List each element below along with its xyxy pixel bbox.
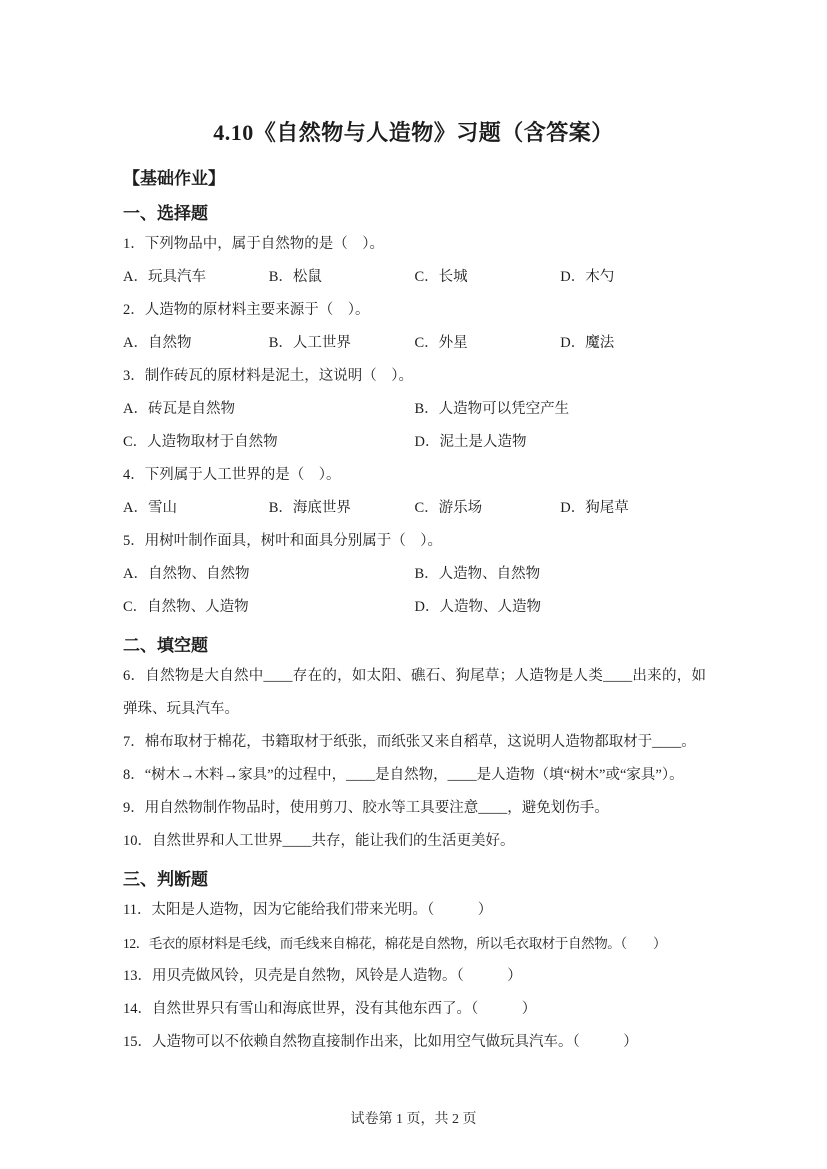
section-heading-fill-blank: 二、填空题 <box>123 624 706 660</box>
page-footer: 试卷第 1 页，共 2 页 <box>0 1110 827 1130</box>
question-1-options: A．玩具汽车 B．松鼠 C．长城 D．木勺 <box>123 261 706 294</box>
page-title: 4.10《自然物与人造物》习题（含答案） <box>0 0 827 148</box>
option-a: A．自然物、自然物 <box>123 558 415 591</box>
option-a: A．砖瓦是自然物 <box>123 393 415 426</box>
option-c: C．游乐场 <box>415 492 561 525</box>
question-7-text: 7．棉布取材于棉花，书籍取材于纸张，而纸张又来自稻草，这说明人造物都取材于___… <box>123 726 706 759</box>
option-b: B．海底世界 <box>269 492 415 525</box>
section-heading-choice: 一、选择题 <box>123 192 706 228</box>
question-11-text: 11．太阳是人造物，因为它能给我们带来光明。（ ） <box>123 894 706 927</box>
worksheet-content: 【基础作业】 一、选择题 1．下列物品中，属于自然物的是（ ）。 A．玩具汽车 … <box>0 148 827 1059</box>
option-d: D．人造物、人造物 <box>415 591 707 624</box>
question-2-options: A．自然物 B．人工世界 C．外星 D．魔法 <box>123 327 706 360</box>
option-c: C．人造物取材于自然物 <box>123 426 415 459</box>
question-5-text: 5．用树叶制作面具，树叶和面具分别属于（ ）。 <box>123 525 706 558</box>
question-5-options: A．自然物、自然物 B．人造物、自然物 C．自然物、人造物 D．人造物、人造物 <box>123 558 706 624</box>
question-2-text: 2．人造物的原材料主要来源于（ ）。 <box>123 294 706 327</box>
option-c: C．外星 <box>415 327 561 360</box>
question-13-text: 13．用贝壳做风铃，贝壳是自然物，风铃是人造物。（ ） <box>123 960 706 993</box>
question-14-text: 14．自然世界只有雪山和海底世界，没有其他东西了。（ ） <box>123 993 706 1026</box>
option-b: B．人造物、自然物 <box>415 558 707 591</box>
option-b: B．人工世界 <box>269 327 415 360</box>
option-d: D．狗尾草 <box>560 492 706 525</box>
option-c: C．长城 <box>415 261 561 294</box>
option-b: B．人造物可以凭空产生 <box>415 393 707 426</box>
question-8-text: 8．“树木→木料→家具”的过程中，____是自然物，____是人造物（填“树木”… <box>123 759 706 792</box>
question-12-text: 12．毛衣的原材料是毛线，而毛线来自棉花，棉花是自然物，所以毛衣取材于自然物。（… <box>123 927 706 960</box>
question-15-text: 15．人造物可以不依赖自然物直接制作出来，比如用空气做玩具汽车。（ ） <box>123 1026 706 1059</box>
option-c: C．自然物、人造物 <box>123 591 415 624</box>
question-3-text: 3．制作砖瓦的原材料是泥土，这说明（ ）。 <box>123 360 706 393</box>
option-b: B．松鼠 <box>269 261 415 294</box>
option-d: D．木勺 <box>560 261 706 294</box>
question-4-options: A．雪山 B．海底世界 C．游乐场 D．狗尾草 <box>123 492 706 525</box>
question-10-text: 10．自然世界和人工世界____共存，能让我们的生活更美好。 <box>123 825 706 858</box>
question-6-text: 6．自然物是大自然中____存在的，如太阳、礁石、狗尾草；人造物是人类____出… <box>123 660 706 726</box>
option-d: D．泥土是人造物 <box>415 426 707 459</box>
worksheet-page: 4.10《自然物与人造物》习题（含答案） 【基础作业】 一、选择题 1．下列物品… <box>0 0 827 1169</box>
question-9-text: 9．用自然物制作物品时，使用剪刀、胶水等工具要注意____，避免划伤手。 <box>123 792 706 825</box>
question-1-text: 1．下列物品中，属于自然物的是（ ）。 <box>123 228 706 261</box>
question-4-text: 4．下列属于人工世界的是（ ）。 <box>123 459 706 492</box>
assignment-type-header: 【基础作业】 <box>123 148 706 192</box>
option-a: A．玩具汽车 <box>123 261 269 294</box>
option-a: A．自然物 <box>123 327 269 360</box>
section-heading-judgment: 三、判断题 <box>123 858 706 894</box>
option-a: A．雪山 <box>123 492 269 525</box>
option-d: D．魔法 <box>560 327 706 360</box>
question-3-options: A．砖瓦是自然物 B．人造物可以凭空产生 C．人造物取材于自然物 D．泥土是人造… <box>123 393 706 459</box>
